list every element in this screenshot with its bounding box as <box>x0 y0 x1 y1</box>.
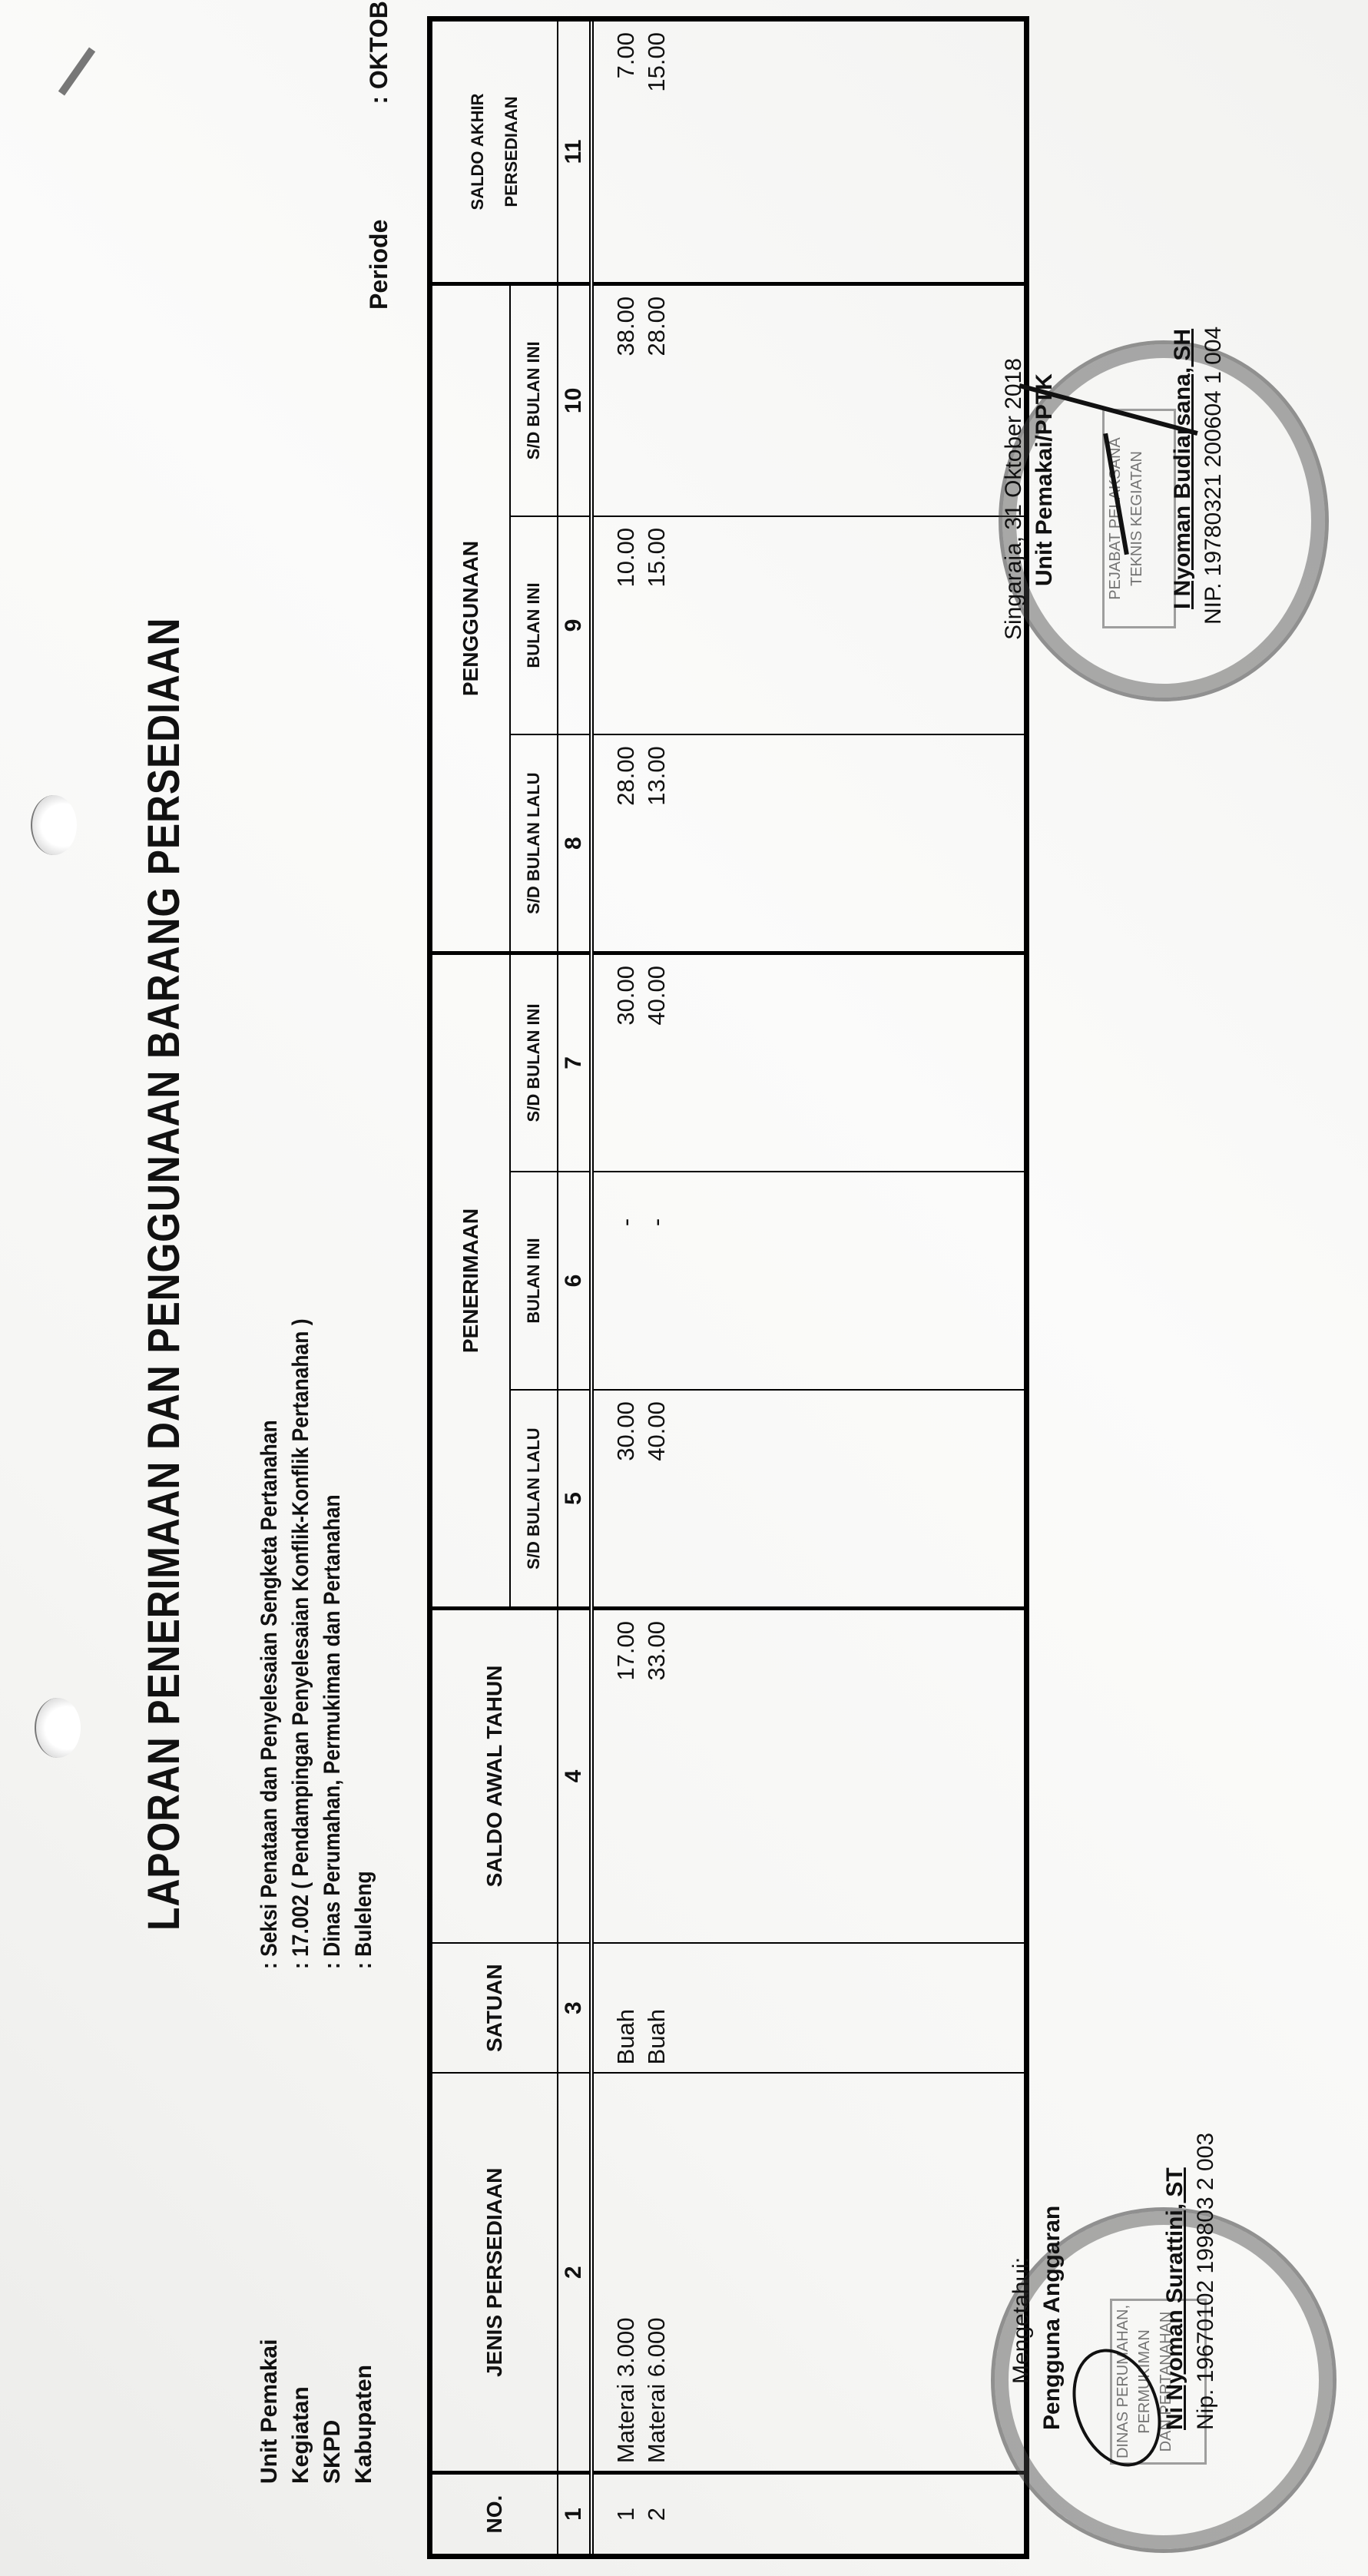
col-num: 5 <box>558 1390 591 1608</box>
scan-mark <box>58 47 95 95</box>
col-num: 11 <box>558 19 591 284</box>
header-penerimaan-bulan-ini: BULAN INI <box>510 1172 558 1390</box>
cell-guna-ini: 15.00 <box>641 528 672 734</box>
header-penerimaan-sd-ini: S/D BULAN INI <box>510 953 558 1172</box>
col-num: 6 <box>558 1172 591 1390</box>
sig-left-name: Ni Nyoman Surattini, ST <box>1160 2133 1191 2430</box>
col-num: 10 <box>558 283 591 516</box>
document-title: LAPORAN PENERIMAAN DAN PENGGUNAAN BARANG… <box>138 618 190 1931</box>
document-info: Unit Pemakai : Seksi Penataan dan Penyel… <box>253 1230 379 2484</box>
cells-guna-sd-ini: 38.00 28.00 <box>591 283 1027 516</box>
periode: Periode : OKTOBER 2018 <box>365 0 393 310</box>
col-num: 8 <box>558 734 591 953</box>
info-label: Kabupaten <box>348 1969 379 2484</box>
cell-guna-sd-ini: 28.00 <box>641 297 672 516</box>
sig-left-nip: Nip. 19670102 199803 2 003 <box>1191 2133 1221 2430</box>
periode-label: Periode <box>365 220 393 310</box>
sig-right-nip: NIP. 19780321 200604 1 004 <box>1198 327 1229 640</box>
col-num: 3 <box>558 1943 591 2073</box>
info-label: Kegiatan <box>285 1969 316 2484</box>
info-row-kabupaten: Kabupaten : Buleleng <box>348 1230 379 2484</box>
cell-terima-ini: - <box>641 1218 672 1389</box>
table-body: 1 2 Materai 3.000 Materai 6.000 Buah Bua… <box>591 19 1027 2557</box>
cell-satuan: Buah <box>641 1944 672 2064</box>
cell-saldo-akhir: 7.00 <box>611 32 641 282</box>
scanned-document-page: LAPORAN PENERIMAAN DAN PENGGUNAAN BARANG… <box>0 0 1368 2576</box>
cell-jenis: Materai 6.000 <box>641 2074 672 2463</box>
info-row-kegiatan: Kegiatan : 17.002 ( Pendampingan Penyele… <box>285 1230 316 2484</box>
header-penerimaan: PENERIMAAN <box>430 953 511 1609</box>
cells-terima-ini: - - <box>591 1172 1027 1390</box>
info-label: SKPD <box>316 1969 348 2484</box>
sig-left-intro: Mengetahui: <box>1006 2133 1037 2430</box>
col-num: 7 <box>558 953 591 1172</box>
cell-terima-lalu: 30.00 <box>611 1401 641 1606</box>
col-num: 1 <box>558 2473 591 2557</box>
info-value: : 17.002 ( Pendampingan Penyelesaian Kon… <box>285 1319 316 1969</box>
col-num: 9 <box>558 516 591 734</box>
info-value: : Seksi Penataan dan Penyelesaian Sengke… <box>253 1420 285 1969</box>
periode-value: : OKTOBER 2018 <box>365 0 393 104</box>
cell-saldo-akhir: 15.00 <box>641 32 672 282</box>
info-row-skpd: SKPD : Dinas Perumahan, Permukiman dan P… <box>316 1230 348 2484</box>
info-row-unit-pemakai: Unit Pemakai : Seksi Penataan dan Penyel… <box>253 1230 285 2484</box>
col-num: 2 <box>558 2073 591 2472</box>
signature-left: Mengetahui: Pengguna Anggaran Ni Nyoman … <box>1006 2133 1221 2430</box>
cell-saldo-awal: 33.00 <box>641 1621 672 1942</box>
cell-terima-sd-ini: 30.00 <box>611 966 641 1171</box>
cells-guna-lalu: 28.00 13.00 <box>591 734 1027 953</box>
header-no: NO. <box>430 2473 558 2557</box>
cell-guna-lalu: 13.00 <box>641 746 672 951</box>
header-saldo-awal: SALDO AWAL TAHUN <box>430 1608 558 1943</box>
header-penggunaan-sd-ini: S/D BULAN INI <box>510 283 558 516</box>
cells-saldo-akhir: 7.00 15.00 <box>591 19 1027 284</box>
cell-guna-sd-ini: 38.00 <box>611 297 641 516</box>
inventory-table: NO. JENIS PERSEDIAAN SATUAN SALDO AWAL T… <box>427 16 1029 2559</box>
signature-right: Singaraja, 31 Oktober 2018 Unit Pemakai/… <box>999 327 1229 640</box>
cells-satuan: Buah Buah <box>591 1943 1027 2073</box>
header-saldo-akhir-line1: SALDO AKHIR <box>468 22 488 282</box>
column-number-row: 1 2 3 4 5 6 7 8 9 10 11 <box>558 19 591 2557</box>
info-value: : Buleleng <box>348 1871 379 1969</box>
header-satuan: SATUAN <box>430 1943 558 2073</box>
cell-terima-ini: - <box>611 1218 641 1389</box>
cells-no: 1 2 <box>591 2473 1027 2557</box>
cell-terima-lalu: 40.00 <box>641 1401 672 1606</box>
header-penggunaan-bulan-ini: BULAN INI <box>510 516 558 734</box>
cell-guna-lalu: 28.00 <box>611 746 641 951</box>
cells-jenis: Materai 3.000 Materai 6.000 <box>591 2073 1027 2472</box>
info-value: : Dinas Perumahan, Permukiman dan Pertan… <box>316 1494 348 1969</box>
cell-satuan: Buah <box>611 1944 641 2064</box>
cell-no: 1 <box>611 2475 641 2554</box>
punch-hole <box>35 1698 81 1758</box>
cells-saldo-awal: 17.00 33.00 <box>591 1608 1027 1943</box>
sig-right-place-date: Singaraja, 31 Oktober 2018 <box>999 327 1029 640</box>
header-penggunaan-sd-lalu: S/D BULAN LALU <box>510 734 558 953</box>
sig-left-role: Pengguna Anggaran <box>1037 2133 1068 2430</box>
cells-terima-lalu: 30.00 40.00 <box>591 1390 1027 1608</box>
cell-no: 2 <box>641 2475 672 2554</box>
col-num: 4 <box>558 1608 591 1943</box>
header-saldo-akhir-line2: PERSEDIAAN <box>502 22 522 282</box>
header-penggunaan: PENGGUNAAN <box>430 283 511 953</box>
header-saldo-akhir: SALDO AKHIR PERSEDIAAN <box>430 19 558 284</box>
header-jenis: JENIS PERSEDIAAN <box>430 2073 558 2472</box>
cell-jenis: Materai 3.000 <box>611 2074 641 2463</box>
header-penerimaan-sd-lalu: S/D BULAN LALU <box>510 1390 558 1608</box>
cells-terima-sd-ini: 30.00 40.00 <box>591 953 1027 1172</box>
sig-right-name: I Nyoman Budiarsana, SH <box>1168 327 1198 640</box>
punch-hole <box>31 795 77 855</box>
info-label: Unit Pemakai <box>253 1969 285 2484</box>
cell-terima-sd-ini: 40.00 <box>641 966 672 1171</box>
cell-saldo-awal: 17.00 <box>611 1621 641 1942</box>
cells-guna-ini: 10.00 15.00 <box>591 516 1027 734</box>
sig-right-role: Unit Pemakai/PPTK <box>1029 327 1060 640</box>
cell-guna-ini: 10.00 <box>611 528 641 734</box>
